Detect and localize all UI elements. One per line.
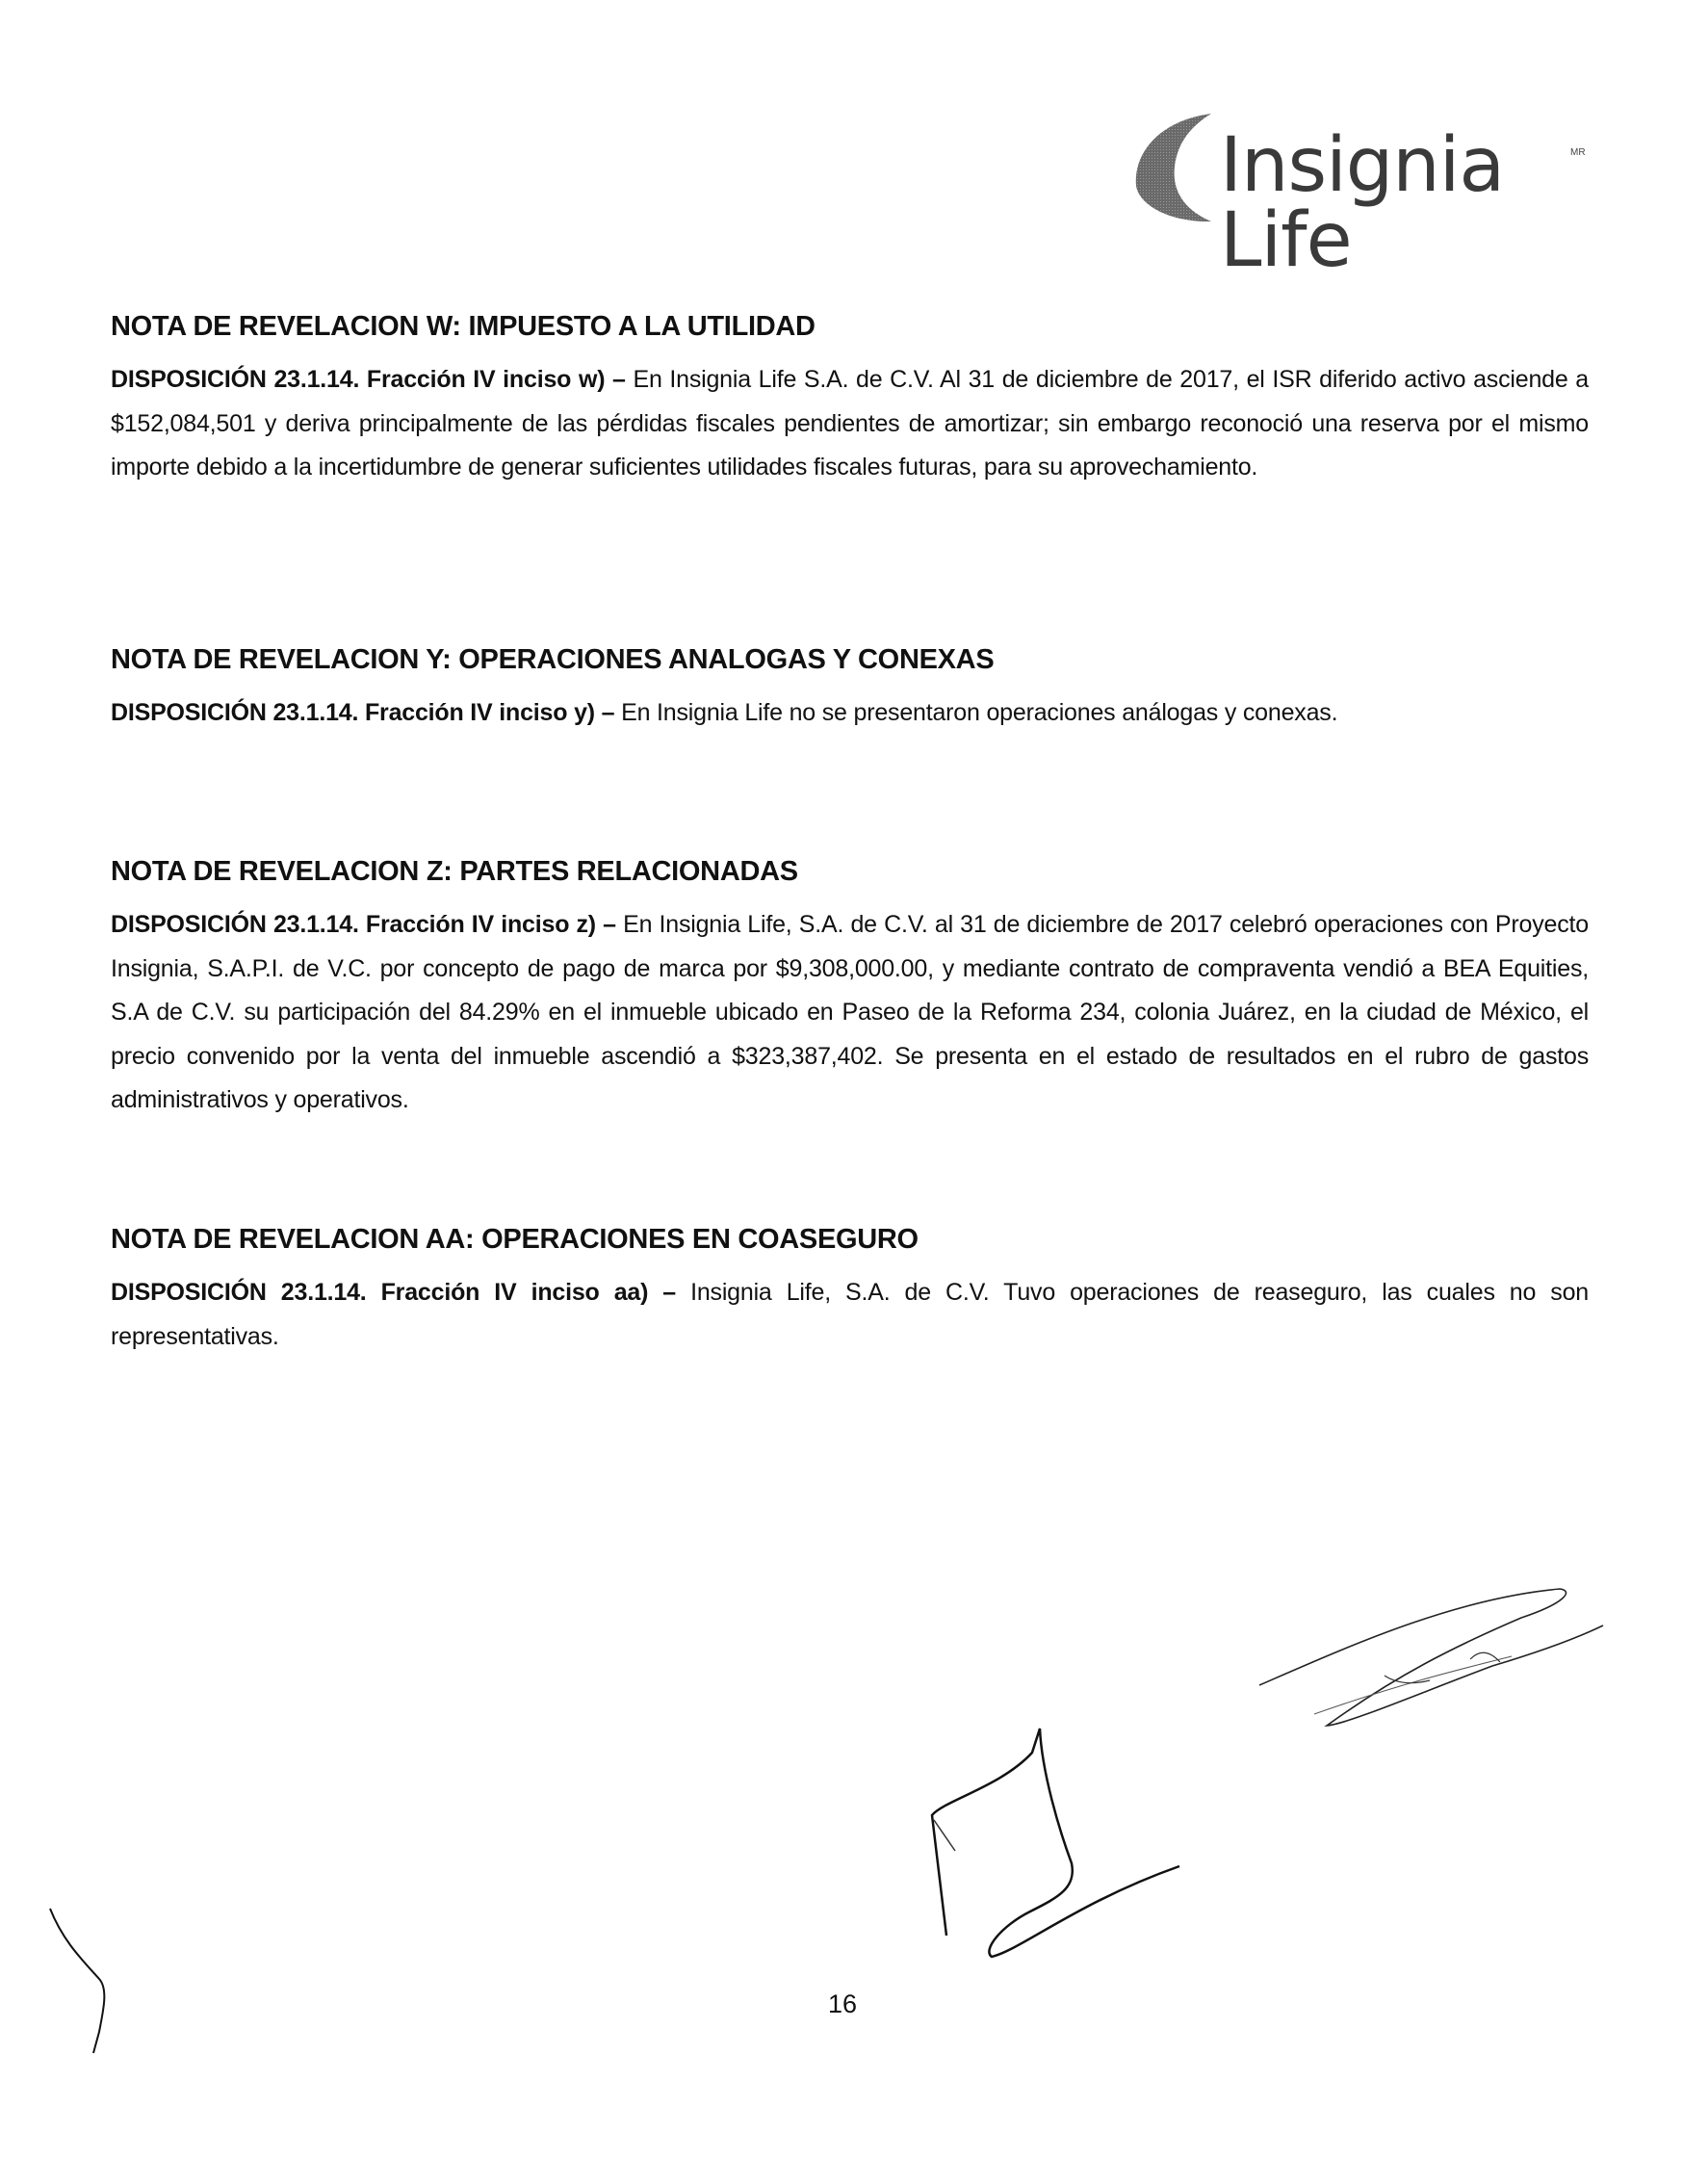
note-aa-section: NOTA DE REVELACION AA: OPERACIONES EN CO…	[111, 1223, 1589, 1359]
note-y-section: NOTA DE REVELACION Y: OPERACIONES ANALOG…	[111, 643, 1589, 736]
note-y-disposition: DISPOSICIÓN 23.1.14. Fracción IV inciso …	[111, 699, 614, 726]
note-z-section: NOTA DE REVELACION Z: PARTES RELACIONADA…	[111, 855, 1589, 1123]
note-w-heading: NOTA DE REVELACION W: IMPUESTO A LA UTIL…	[111, 310, 1589, 343]
note-w-paragraph: DISPOSICIÓN 23.1.14. Fracción IV inciso …	[111, 358, 1589, 490]
note-w-section: NOTA DE REVELACION W: IMPUESTO A LA UTIL…	[111, 310, 1589, 490]
crescent-logo-icon	[1131, 109, 1218, 224]
note-aa-heading: NOTA DE REVELACION AA: OPERACIONES EN CO…	[111, 1223, 1589, 1256]
page-number: 16	[828, 1989, 857, 2019]
note-aa-disposition: DISPOSICIÓN 23.1.14. Fracción IV inciso …	[111, 1279, 676, 1306]
note-aa-paragraph: DISPOSICIÓN 23.1.14. Fracción IV inciso …	[111, 1271, 1589, 1359]
note-y-body: En Insignia Life no se presentaron opera…	[614, 699, 1337, 726]
signature-center	[867, 1695, 1204, 1984]
insignia-life-logo: Insignia Life MR	[1131, 109, 1584, 224]
signature-right	[1204, 1560, 1637, 1753]
note-z-paragraph: DISPOSICIÓN 23.1.14. Fracción IV inciso …	[111, 903, 1589, 1123]
note-z-heading: NOTA DE REVELACION Z: PARTES RELACIONADA…	[111, 855, 1589, 888]
note-y-paragraph: DISPOSICIÓN 23.1.14. Fracción IV inciso …	[111, 691, 1589, 736]
signature-left	[39, 1887, 231, 2061]
note-z-body: En Insignia Life, S.A. de C.V. al 31 de …	[111, 911, 1589, 1113]
logo-text: Insignia Life	[1220, 128, 1584, 278]
note-w-disposition: DISPOSICIÓN 23.1.14. Fracción IV inciso …	[111, 366, 626, 393]
note-y-heading: NOTA DE REVELACION Y: OPERACIONES ANALOG…	[111, 643, 1589, 676]
trademark-mark: MR	[1570, 147, 1586, 158]
note-z-disposition: DISPOSICIÓN 23.1.14. Fracción IV inciso …	[111, 911, 616, 938]
